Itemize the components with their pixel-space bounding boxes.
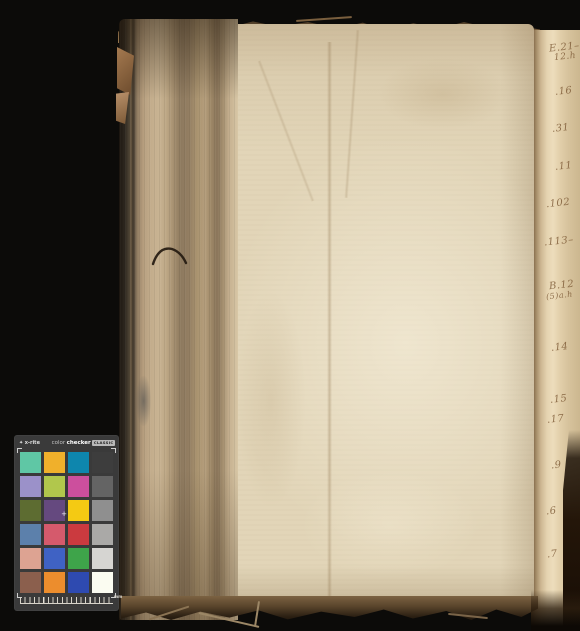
color-checker-header: ✦ x-rite colorchecker CLASSIC	[19, 437, 115, 448]
color-patch-neutral-8	[92, 548, 113, 569]
ruler-unit-label: mm	[114, 594, 122, 599]
color-patch-magenta	[68, 476, 89, 497]
xrite-logo-icon: ✦	[19, 440, 23, 446]
color-patch-dark-skin	[20, 572, 41, 593]
color-patch-yellow	[68, 500, 89, 521]
page-highlight	[300, 470, 480, 580]
color-patch-bluish-green	[20, 452, 41, 473]
color-patch-light-skin	[20, 548, 41, 569]
color-patch-blue-sky	[20, 524, 41, 545]
color-checker-card: ✦ x-rite colorchecker CLASSIC + mm	[14, 435, 119, 611]
product-prefix: color	[52, 440, 66, 446]
color-patch-orange-yellow	[44, 452, 65, 473]
product-suffix: checker	[67, 440, 91, 446]
color-patch-blue	[68, 572, 89, 593]
color-patch-neutral-5	[92, 500, 113, 521]
color-patch-black	[92, 452, 113, 473]
color-patch-red	[68, 524, 89, 545]
color-checker-grid	[20, 452, 113, 593]
frayed-thread	[296, 16, 352, 21]
photo-stage: E.21–12.h.16.31.11.102.113–B.12(5)a.h.14…	[0, 0, 580, 631]
color-patch-cyan	[68, 452, 89, 473]
product-label: colorchecker CLASSIC	[52, 440, 115, 446]
fore-edge-bottom-shadow	[531, 590, 580, 631]
color-patch-yellow-green	[44, 476, 65, 497]
color-patch-moderate-red	[44, 524, 65, 545]
gutter-smudge	[136, 376, 151, 426]
color-patch-blue-flower	[20, 476, 41, 497]
registration-cross-icon: +	[59, 511, 69, 518]
wire-hook-mark	[150, 243, 192, 271]
color-patch-purplish-blue	[44, 548, 65, 569]
gutter-shadow-top	[119, 19, 238, 99]
ruler-scale	[20, 597, 113, 604]
color-patch-green	[68, 548, 89, 569]
brand-label: x-rite	[25, 440, 40, 446]
color-patch-neutral-6-5	[92, 524, 113, 545]
color-patch-foliage	[20, 500, 41, 521]
color-patch-white	[92, 572, 113, 593]
classic-badge: CLASSIC	[92, 440, 115, 446]
color-patch-orange	[44, 572, 65, 593]
page-stain	[378, 58, 508, 130]
xrite-brand: ✦ x-rite	[19, 440, 40, 446]
color-patch-neutral-3-5	[92, 476, 113, 497]
torn-bottom-edge	[121, 596, 538, 626]
page-stain	[236, 290, 306, 510]
